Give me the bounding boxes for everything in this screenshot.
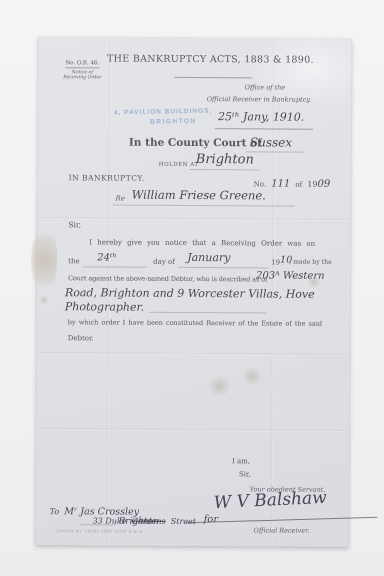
court-name-underline bbox=[246, 151, 304, 152]
year-printed: 19 bbox=[271, 258, 280, 266]
case-no-label: No. bbox=[254, 180, 267, 188]
address-part3: Photographer. bbox=[65, 300, 144, 313]
day-blank bbox=[83, 266, 147, 267]
printer-imprint: (29003) Wt. 26195 5000 11/09 D & S. bbox=[56, 529, 144, 534]
addressee-to: To bbox=[50, 507, 60, 516]
stain bbox=[39, 295, 49, 305]
address-underline bbox=[149, 312, 267, 314]
office-line1: Office of the bbox=[245, 83, 286, 91]
re-label: Re bbox=[116, 195, 125, 203]
case-year-printed: 19 bbox=[307, 180, 317, 189]
stain bbox=[31, 225, 57, 295]
address-part2: Road, Brighton and 9 Worcester Villas, H… bbox=[65, 286, 315, 301]
debtor-name: William Friese Greene. bbox=[132, 188, 266, 203]
title-rule bbox=[174, 77, 252, 78]
month-written: January bbox=[187, 251, 230, 264]
case-number: 111 bbox=[271, 178, 290, 189]
closing-i-am: I am, bbox=[232, 457, 250, 465]
addressee-dash bbox=[80, 524, 116, 525]
body-line4: by which order I have been constituted R… bbox=[68, 318, 322, 328]
body-line5: Debtor. bbox=[68, 334, 94, 342]
stain bbox=[208, 374, 230, 398]
re-underline bbox=[113, 205, 295, 207]
official-receiver-label: Official Receiver. bbox=[254, 526, 310, 534]
addressee-street-post: Street bbox=[171, 517, 196, 526]
court-name: Sussex bbox=[250, 135, 292, 149]
case-year-written: 09 bbox=[317, 179, 330, 190]
court-prefix: In the County Court of bbox=[129, 137, 262, 150]
form-kind-line2: Receiving Order bbox=[56, 75, 108, 80]
body-line3: Court against the above-named Debtor, wh… bbox=[68, 274, 267, 283]
office-line2: Official Receiver in Bankruptcy. bbox=[207, 95, 312, 104]
date-underline bbox=[215, 128, 313, 130]
the-label: the bbox=[68, 257, 80, 265]
signature: W V Balshaw bbox=[213, 488, 327, 513]
address-part1: 203ᴬ Western bbox=[256, 270, 325, 281]
holden-value: Brighton bbox=[196, 152, 254, 167]
holden-underline bbox=[190, 169, 260, 170]
salutation: Sir, bbox=[68, 220, 81, 229]
form-number: No. O.R. 46. bbox=[65, 60, 99, 68]
stain bbox=[242, 366, 262, 386]
horizontal-fold-1 bbox=[37, 217, 350, 221]
addressee-town: Brighton bbox=[119, 517, 159, 527]
date-handwritten: 25ᵗʰ Jany, 1910. bbox=[218, 110, 304, 124]
case-of-label: of bbox=[295, 181, 302, 189]
document-photo: No. O.R. 46. Notice of Receiving Order T… bbox=[35, 37, 351, 547]
horizontal-fold-3 bbox=[36, 428, 349, 432]
month-blank bbox=[178, 267, 268, 269]
body-line1: I hereby give you notice that a Receivin… bbox=[89, 238, 315, 247]
day-of-label: day of bbox=[153, 258, 175, 266]
in-bankruptcy-label: IN BANKRUPTCY. bbox=[69, 173, 145, 182]
horizontal-fold-2 bbox=[37, 352, 350, 356]
closing-sir: Sir, bbox=[239, 470, 251, 478]
document-title: THE BANKRUPTCY ACTS, 1883 & 1890. bbox=[96, 53, 324, 65]
holden-label: HOLDEN AT bbox=[159, 162, 199, 168]
day-written: 24ᵗʰ bbox=[97, 252, 117, 263]
for-note: for bbox=[204, 514, 219, 525]
made-by-label: , made by the bbox=[289, 259, 332, 266]
